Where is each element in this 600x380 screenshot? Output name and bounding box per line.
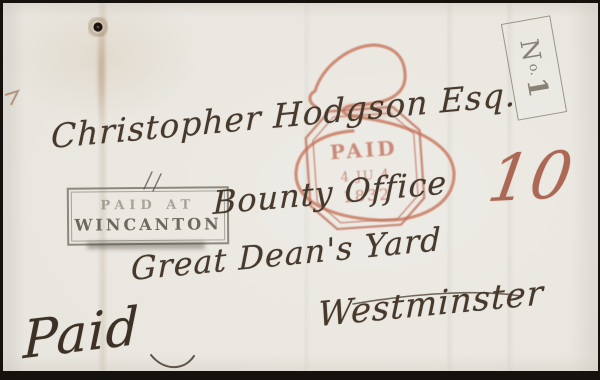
punch-hole-center xyxy=(97,26,100,29)
paid-flourish xyxy=(151,355,194,367)
paid-datestamp-word: PAID xyxy=(329,136,398,165)
paid-at-wincanton-handstamp: PAID AT WINCANTON xyxy=(67,186,229,245)
number-prefix: N xyxy=(515,37,548,66)
scanned-letter-photo: 3 PAID 4 JU 4 1832 xyxy=(0,0,600,380)
number-numeral: 1 xyxy=(521,76,555,100)
paid-at-wincanton-frame: PAID AT WINCANTON xyxy=(71,190,225,241)
number-superscript: o. xyxy=(526,62,543,76)
edge-ink-mark xyxy=(5,91,18,105)
manuscript-rate-10: 10 xyxy=(483,138,578,217)
wincanton-label: WINCANTON xyxy=(74,214,221,234)
letter-paper: 3 PAID 4 JU 4 1832 xyxy=(3,3,598,371)
paid-at-label: PAID AT xyxy=(100,198,195,214)
